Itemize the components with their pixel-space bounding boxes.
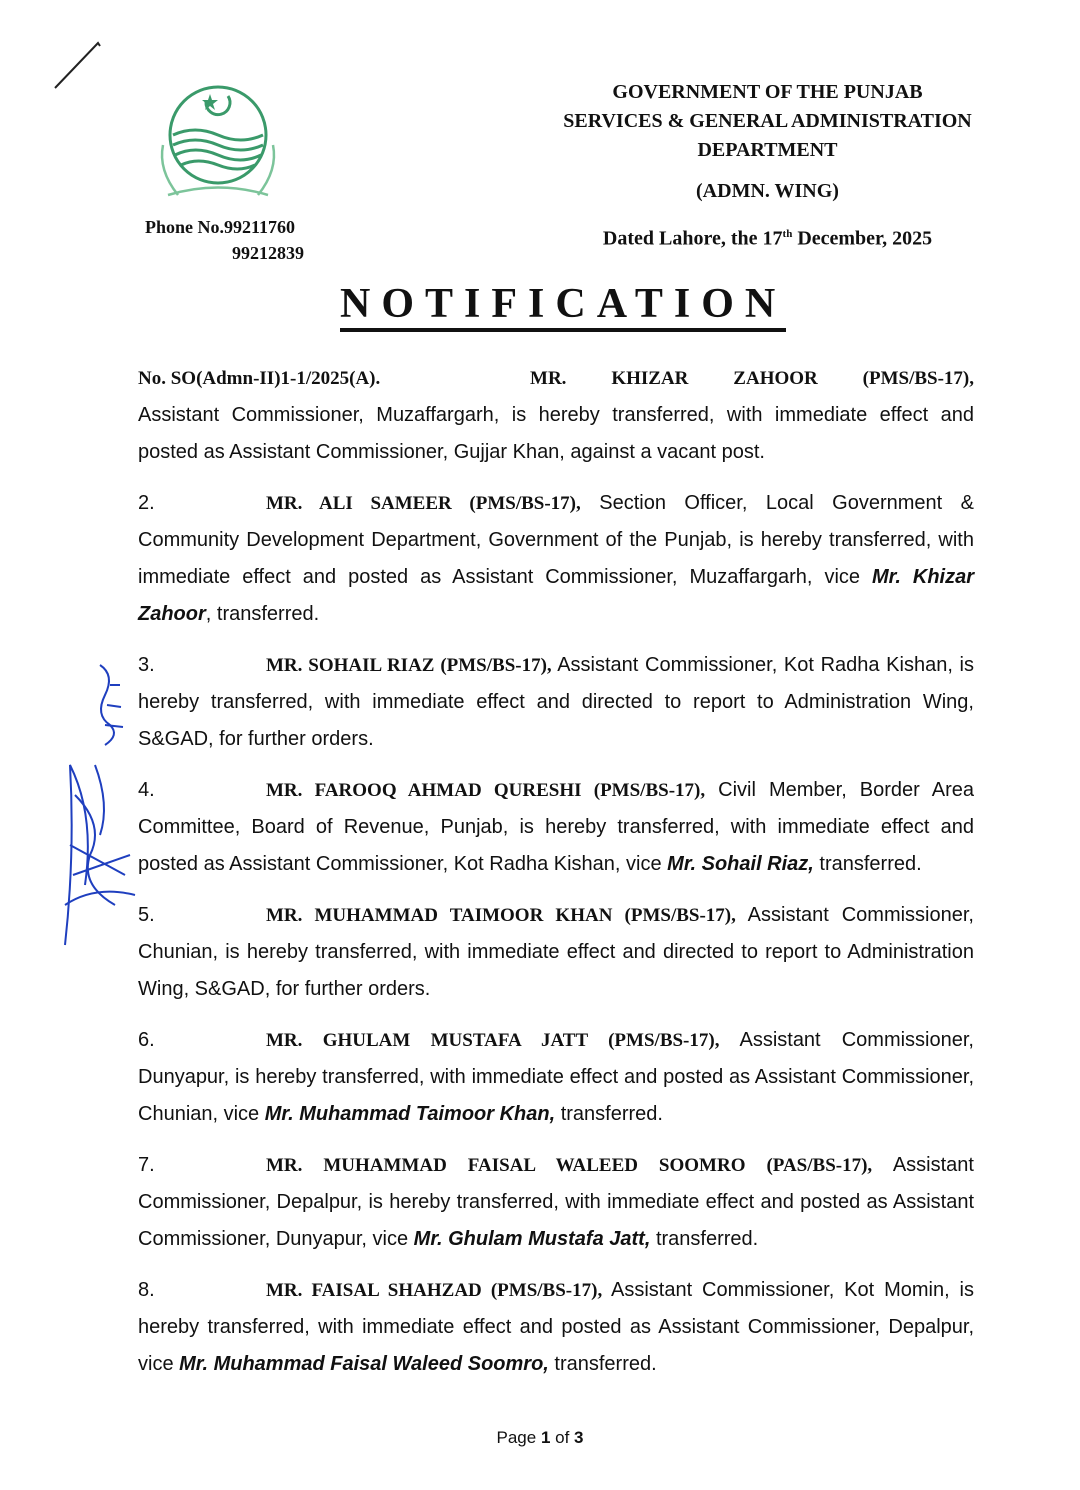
vice-officer: Mr. Muhammad Taimoor Khan, (265, 1103, 555, 1125)
paragraph-5: 5.MR. MUHAMMAD TAIMOOR KHAN (PMS/BS-17),… (138, 897, 974, 1008)
officer-name-word: ZAHOOR (733, 360, 817, 397)
paragraph-2: 2.MR. ALI SAMEER (PMS/BS-17), Section Of… (138, 485, 974, 633)
paragraph-1: No. SO(Admn-II)1-1/2025(A). MR. KHIZAR Z… (138, 360, 974, 471)
letterhead-header: GOVERNMENT OF THE PUNJAB SERVICES & GENE… (540, 78, 995, 254)
paragraph-number: 2. (138, 485, 266, 522)
paragraph-7: 7.MR. MUHAMMAD FAISAL WALEED SOOMRO (PAS… (138, 1147, 974, 1258)
officer-name: MR. MUHAMMAD TAIMOOR KHAN (PMS/BS-17), (266, 905, 736, 926)
document-title: NOTIFICATION (340, 282, 786, 332)
org-line-2: SERVICES & GENERAL ADMINISTRATION (540, 107, 995, 136)
officer-name-word: KHIZAR (611, 360, 688, 397)
paragraph-1-text: Assistant Commissioner, Muzaffargarh, is… (138, 397, 974, 471)
paragraph-end: transferred. (814, 853, 922, 875)
tick-mark-annotation (50, 38, 110, 93)
officer-grade: (PMS/BS-17), (863, 360, 974, 397)
paragraph-3: 3.MR. SOHAIL RIAZ (PMS/BS-17), Assistant… (138, 647, 974, 758)
page-current: 1 (541, 1428, 550, 1447)
officer-name: MR. FAROOQ AHMAD QURESHI (PMS/BS-17), (266, 780, 705, 801)
date-sup: th (783, 228, 793, 240)
paragraph-end: transferred. (549, 1353, 657, 1375)
officer-name: MR. ALI SAMEER (PMS/BS-17), (266, 493, 581, 514)
officer-name: MR. GHULAM MUSTAFA JATT (PMS/BS-17), (266, 1030, 719, 1051)
org-line-3: DEPARTMENT (540, 136, 995, 165)
wing-label: (ADMN. WING) (540, 177, 995, 206)
paragraph-number: 7. (138, 1147, 266, 1184)
phone-line-1: Phone No.99211760 (145, 214, 304, 240)
paragraph-8: 8.MR. FAISAL SHAHZAD (PMS/BS-17), Assist… (138, 1272, 974, 1383)
page-total: 3 (574, 1428, 583, 1447)
date-suffix: December, 2025 (792, 228, 932, 250)
paragraph-number: 4. (138, 772, 266, 809)
paragraph-number: 6. (138, 1022, 266, 1059)
date-line: Dated Lahore, the 17th December, 2025 (540, 220, 995, 254)
punjab-seal-logo (148, 80, 288, 210)
paragraph-end: , transferred. (206, 603, 319, 625)
paragraph-end: transferred. (555, 1103, 663, 1125)
paragraph-1-heading: No. SO(Admn-II)1-1/2025(A). MR. KHIZAR Z… (138, 360, 974, 397)
paragraph-4: 4.MR. FAROOQ AHMAD QURESHI (PMS/BS-17), … (138, 772, 974, 883)
date-prefix: Dated Lahore, the 17 (603, 228, 783, 250)
vice-officer: Mr. Ghulam Mustafa Jatt, (414, 1228, 651, 1250)
page-of: of (550, 1428, 574, 1447)
vice-officer: Mr. Sohail Riaz, (667, 853, 814, 875)
notification-body: No. SO(Admn-II)1-1/2025(A). MR. KHIZAR Z… (138, 360, 974, 1397)
paragraph-end: transferred. (650, 1228, 758, 1250)
officer-name: MR. FAISAL SHAHZAD (PMS/BS-17), (266, 1280, 602, 1301)
paragraph-6: 6.MR. GHULAM MUSTAFA JATT (PMS/BS-17), A… (138, 1022, 974, 1133)
officer-name-word: MR. (530, 360, 566, 397)
page-prefix: Page (497, 1428, 541, 1447)
phone-numbers: Phone No.99211760 99212839 (145, 214, 304, 266)
page-number: Page 1 of 3 (0, 1428, 1080, 1448)
officer-name: MR. SOHAIL RIAZ (PMS/BS-17), (266, 655, 552, 676)
phone-line-2: 99212839 (145, 240, 304, 266)
vice-officer: Mr. Muhammad Faisal Waleed Soomro, (179, 1353, 549, 1375)
paragraph-number: 8. (138, 1272, 266, 1309)
signature-annotation (55, 655, 140, 955)
paragraph-number: 3. (138, 647, 266, 684)
paragraph-number: 5. (138, 897, 266, 934)
officer-name: MR. MUHAMMAD FAISAL WALEED SOOMRO (PAS/B… (266, 1155, 872, 1176)
reference-number: No. SO(Admn-II)1-1/2025(A). (138, 360, 380, 397)
org-line-1: GOVERNMENT OF THE PUNJAB (540, 78, 995, 107)
